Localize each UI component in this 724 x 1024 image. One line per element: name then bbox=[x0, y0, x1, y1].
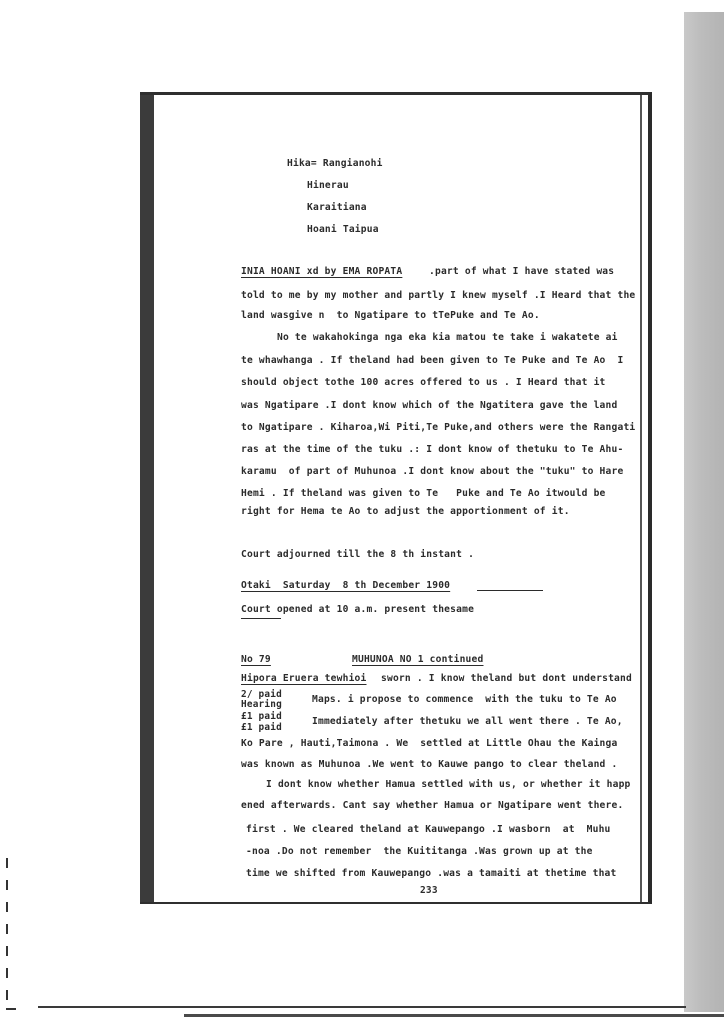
court-opened-underline bbox=[241, 618, 281, 619]
names-list-item: Hoani Taipua bbox=[307, 224, 379, 235]
text-line: sworn . I know theland but dont understa… bbox=[381, 673, 632, 684]
text-line: was known as Muhunoa .We went to Kauwe p… bbox=[241, 759, 617, 770]
text-line: was Ngatipare .I dont know which of the … bbox=[241, 400, 617, 411]
bottom-rule-shadow bbox=[184, 1014, 724, 1017]
text-line: first . We cleared theland at Kauwepango… bbox=[246, 824, 611, 835]
witness-name: Hipora Eruera tewhioi bbox=[241, 673, 367, 684]
text-line: .part of what I have stated was bbox=[429, 266, 614, 277]
text-line: to Ngatipare . Kiharoa,Wi Piti,Te Puke,a… bbox=[241, 422, 635, 433]
text-line: time we shifted from Kauwepango .was a t… bbox=[246, 868, 617, 879]
text-line: ras at the time of the tuku .: I dont kn… bbox=[241, 444, 623, 455]
text-line: Ko Pare , Hauti,Taimona . We settled at … bbox=[241, 738, 617, 749]
text-line: -noa .Do not remember the Kuititanga .Wa… bbox=[246, 846, 593, 857]
text-line: ened afterwards. Cant say whether Hamua … bbox=[241, 800, 623, 811]
names-list-item: Hika= Rangianohi bbox=[287, 158, 383, 169]
text-line: Hemi . If theland was given to Te Puke a… bbox=[241, 488, 606, 499]
section-heading: INIA HOANI xd by EMA ROPATA bbox=[241, 266, 402, 277]
bottom-rule bbox=[38, 1006, 686, 1008]
court-opened-note: Court opened at 10 a.m. present thesame bbox=[241, 604, 474, 615]
case-number: No 79 bbox=[241, 654, 271, 665]
page-number: 233 bbox=[420, 885, 438, 896]
names-list-item: Karaitiana bbox=[307, 202, 367, 213]
text-line: Immediately after thetuku we all went th… bbox=[312, 716, 623, 727]
margin-note: £1 paid bbox=[241, 722, 282, 733]
case-title: MUHUNOA NO 1 continued bbox=[352, 654, 483, 665]
text-line: karamu of part of Muhunoa .I dont know a… bbox=[241, 466, 623, 477]
margin-note: £1 paid bbox=[241, 711, 282, 722]
scan-edge-shadow bbox=[684, 12, 724, 1012]
text-line: land wasgive n to Ngatipare to tTePuke a… bbox=[241, 310, 540, 321]
text-line: told to me by my mother and partly I kne… bbox=[241, 290, 635, 301]
binding-corner-mark bbox=[6, 1008, 16, 1010]
text-line: should object tothe 100 acres offered to… bbox=[241, 377, 606, 388]
text-line: right for Hema te Ao to adjust the appor… bbox=[241, 506, 570, 517]
binding-marks bbox=[6, 858, 8, 1006]
text-line: I dont know whether Hamua settled with u… bbox=[266, 779, 631, 790]
margin-note: Hearing bbox=[241, 699, 282, 710]
session-header-rule bbox=[477, 590, 543, 591]
text-line: No te wakahokinga nga eka kia matou te t… bbox=[277, 332, 618, 343]
adjournment-note: Court adjourned till the 8 th instant . bbox=[241, 549, 474, 560]
text-line: Maps. i propose to commence with the tuk… bbox=[312, 694, 617, 705]
text-line: te whawhanga . If theland had been given… bbox=[241, 355, 623, 366]
names-list-item: Hinerau bbox=[307, 180, 349, 191]
session-header: Otaki Saturday 8 th December 1900 bbox=[241, 580, 450, 591]
